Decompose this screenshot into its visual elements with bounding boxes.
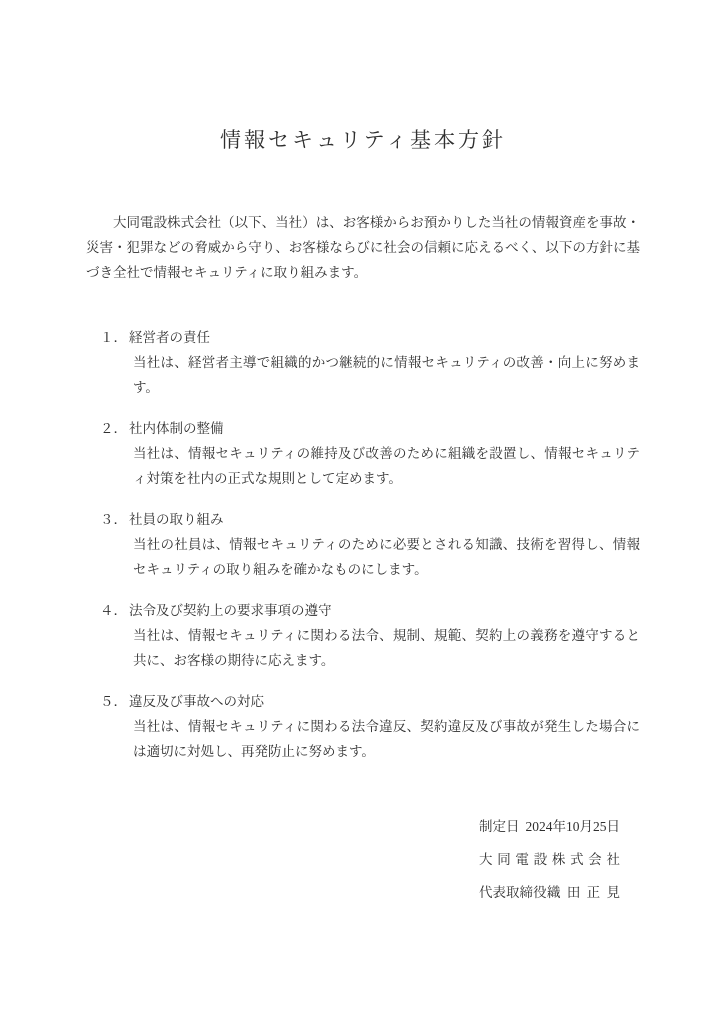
- policy-item-heading: ４．法令及び契約上の要求事項の遵守: [86, 598, 640, 623]
- policy-item-title: 違反及び事故への対応: [129, 694, 264, 709]
- representative-line: 代表取締役 織田正見: [479, 876, 620, 909]
- policy-item-heading: ３．社員の取り組み: [86, 507, 640, 532]
- established-date-label: 制定日: [479, 810, 520, 843]
- policy-item-heading: ５．違反及び事故への対応: [86, 689, 640, 714]
- document-title: 情報セキュリティ基本方針: [86, 126, 640, 154]
- representative-name: 織田正見: [547, 876, 620, 909]
- policy-item-title: 経営者の責任: [129, 330, 210, 345]
- policy-item-heading: ２．社内体制の整備: [86, 416, 640, 441]
- policy-item-body: 当社は、情報セキュリティの維持及び改善のために組織を設置し、情報セキュリティ対策…: [86, 441, 640, 491]
- policy-document-page: 情報セキュリティ基本方針 大同電設株式会社（以下、当社）は、お客様からお預かりし…: [0, 0, 724, 1024]
- policy-item-5: ５．違反及び事故への対応 当社は、情報セキュリティに関わる法令違反、契約違反及び…: [86, 689, 640, 764]
- policy-item-4: ４．法令及び契約上の要求事項の遵守 当社は、情報セキュリティに関わる法令、規制、…: [86, 598, 640, 673]
- intro-paragraph: 大同電設株式会社（以下、当社）は、お客様からお預かりした当社の情報資産を事故・災…: [86, 210, 640, 285]
- policy-item-body: 当社は、情報セキュリティに関わる法令違反、契約違反及び事故が発生した場合には適切…: [86, 714, 640, 764]
- policy-item-1: １．経営者の責任 当社は、経営者主導で組織的かつ継続的に情報セキュリティの改善・…: [86, 325, 640, 400]
- company-name-line: 大同電設株式会社: [479, 843, 620, 876]
- policy-item-number: ４．: [100, 603, 127, 618]
- policy-item-3: ３．社員の取り組み 当社の社員は、情報セキュリティのために必要とされる知識、技術…: [86, 507, 640, 582]
- policy-item-2: ２．社内体制の整備 当社は、情報セキュリティの維持及び改善のために組織を設置し、…: [86, 416, 640, 491]
- policy-item-heading: １．経営者の責任: [86, 325, 640, 350]
- policy-list: １．経営者の責任 当社は、経営者主導で組織的かつ継続的に情報セキュリティの改善・…: [86, 325, 640, 764]
- established-date-line: 制定日 2024年10月25日: [479, 810, 620, 843]
- policy-item-number: ２．: [100, 421, 127, 436]
- policy-item-number: ５．: [100, 694, 127, 709]
- policy-item-number: ３．: [100, 512, 127, 527]
- policy-item-title: 法令及び契約上の要求事項の遵守: [129, 603, 332, 618]
- policy-item-body: 当社の社員は、情報セキュリティのために必要とされる知識、技術を習得し、情報セキュ…: [86, 532, 640, 582]
- policy-item-number: １．: [100, 330, 127, 345]
- established-date-value: 2024年10月25日: [526, 810, 621, 843]
- policy-item-title: 社員の取り組み: [129, 512, 224, 527]
- policy-item-body: 当社は、経営者主導で組織的かつ継続的に情報セキュリティの改善・向上に努めます。: [86, 350, 640, 400]
- signature-block: 制定日 2024年10月25日 大同電設株式会社 代表取締役 織田正見: [479, 810, 620, 909]
- policy-item-title: 社内体制の整備: [129, 421, 224, 436]
- policy-item-body: 当社は、情報セキュリティに関わる法令、規制、規範、契約上の義務を遵守すると共に、…: [86, 623, 640, 673]
- representative-title: 代表取締役: [479, 876, 547, 909]
